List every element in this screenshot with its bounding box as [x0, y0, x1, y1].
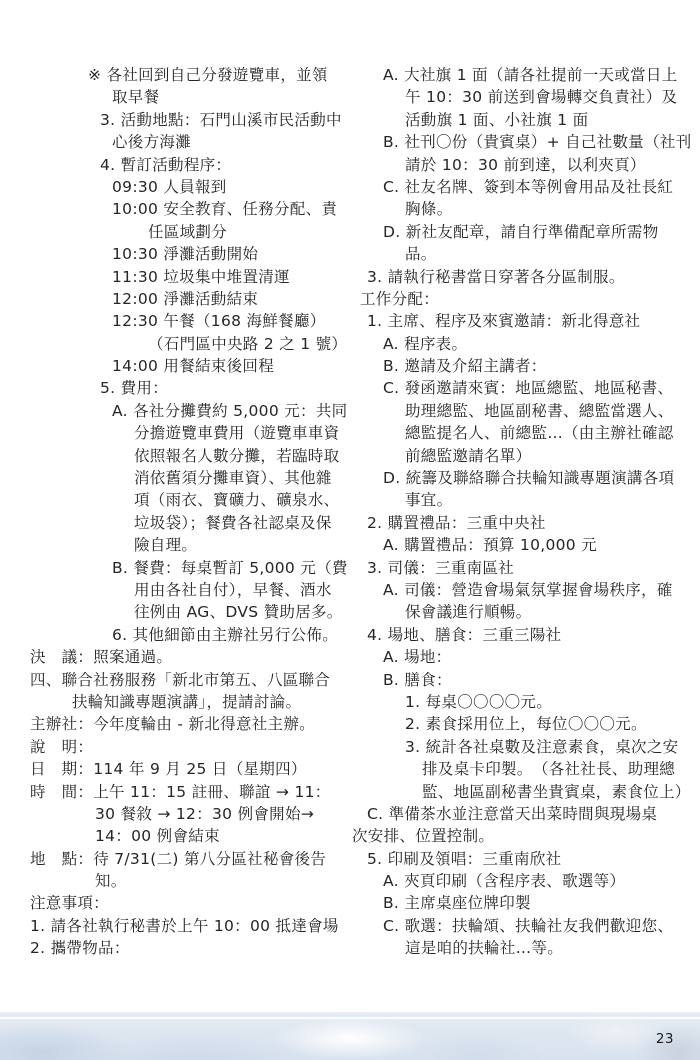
text-line: 次安排、位置控制。 — [352, 825, 682, 847]
text-line: C. 準備茶水並注意當天出菜時間與現場桌 — [367, 803, 682, 825]
text-line: 2. 素食採用位上，每位〇〇〇元。 — [405, 713, 682, 735]
text-line: D. 統籌及聯絡聯合扶輪知識專題演講各項 — [383, 467, 682, 489]
text-line: 14:00 用餐結束後回程 — [112, 355, 352, 377]
text-line: A. 夾頁印刷（含程序表、歌選等） — [383, 870, 682, 892]
text-line: 任區域劃分 — [148, 221, 352, 243]
text-line: A. 各社分攤費約 5,000 元：共同 — [112, 400, 352, 422]
text-line: 垃圾袋）；餐費各社認桌及保 — [134, 512, 352, 534]
text-line: 這是咱的扶輪社…等。 — [405, 937, 682, 959]
text-line: 監、地區副秘書坐貴賓桌，素食位上） — [422, 781, 682, 803]
text-line: 日 期：114 年 9 月 25 日（星期四） — [30, 758, 352, 780]
text-line: 助理總監、地區副秘書、總監當選人、 — [405, 400, 682, 422]
text-line: A. 場地： — [383, 646, 682, 668]
text-line: B. 社刊〇份（貴賓桌）+ 自己社數量（社刊 — [383, 131, 682, 153]
text-line: C. 社友名牌、簽到本等例會用品及社長紅 — [383, 176, 682, 198]
text-line: 項（雨衣、寶礦力、礦泉水、 — [134, 489, 352, 511]
text-line: 往例由 AG、DVS 贊助居多。 — [134, 601, 352, 623]
text-line: B. 主席桌座位牌印製 — [383, 892, 682, 914]
text-line: 胸條。 — [405, 198, 682, 220]
text-line: 依照報名人數分攤，若臨時取 — [134, 445, 352, 467]
text-line: 4. 暫訂活動程序： — [100, 154, 352, 176]
page-number: 23 — [656, 1031, 674, 1047]
text-line: 保會議進行順暢。 — [405, 601, 682, 623]
text-line: 30 餐敘 → 12：30 例會開始→ — [95, 803, 352, 825]
text-line: 扶輪知識專題演講」，提請討論。 — [72, 691, 352, 713]
text-line: 排及桌卡印製。 （各社社長、助理總 — [422, 758, 682, 780]
text-line: 事宜。 — [405, 489, 682, 511]
text-line: 險自理。 — [134, 534, 352, 556]
text-line: 1. 每桌〇〇〇〇元。 — [405, 691, 682, 713]
text-line: 分擔遊覽車費用（遊覽車車資 — [134, 422, 352, 444]
text-line: 3. 統計各社桌數及注意素食，桌次之安 — [405, 736, 682, 758]
text-line: C. 歌選：扶輪頌、扶輪社友我們歡迎您、 — [383, 915, 682, 937]
text-line: A. 大社旗 1 面（請各社提前一天或當日上 — [383, 64, 682, 86]
text-line: 5. 印刷及領唱：三重南欣社 — [367, 848, 682, 870]
text-line: 1. 請各社執行秘書於上午 10：00 抵達會場 — [30, 915, 352, 937]
text-line: 時 間：上午 11：15 註冊、聯誼 → 11： — [30, 781, 352, 803]
text-line: 決 議：照案通過。 — [30, 646, 352, 668]
text-line: 取早餐 — [112, 86, 352, 108]
text-line: 地 點：待 7/31(二) 第八分區社秘會後告 — [30, 848, 352, 870]
text-line: 前總監邀請名單） — [405, 445, 682, 467]
text-line: 四、聯合社務服務「新北市第五、八區聯合 — [30, 669, 352, 691]
text-line: 2. 購置禮品：三重中央社 — [367, 512, 682, 534]
text-line: 3. 司儀：三重南區社 — [367, 557, 682, 579]
text-line: B. 膳食： — [383, 669, 682, 691]
right-text-column: A. 大社旗 1 面（請各社提前一天或當日上午 10：30 前送到會場轉交負責社… — [352, 64, 682, 960]
text-line: 09:30 人員報到 — [112, 176, 352, 198]
text-line: 知。 — [95, 870, 352, 892]
text-line: 主辦社：今年度輪由 - 新北得意社主辦。 — [30, 713, 352, 735]
text-line: 3. 活動地點：石門山溪市民活動中 — [100, 109, 352, 131]
text-line: 12:00 淨灘活動結束 — [112, 288, 352, 310]
text-line: A. 程序表。 — [383, 333, 682, 355]
text-line: 注意事項： — [30, 892, 352, 914]
text-line: 消依舊須分攤車資）、其他雜 — [134, 467, 352, 489]
text-line: A. 司儀：營造會場氣氛掌握會場秩序，確 — [383, 579, 682, 601]
text-line: 10:30 淨灘活動開始 — [112, 243, 352, 265]
text-line: 5. 費用： — [100, 377, 352, 399]
text-line: 14：00 例會結束 — [95, 825, 352, 847]
text-line: 說 明： — [30, 736, 352, 758]
document-page: ※ 各社回到自己分發遊覽車，並領取早餐3. 活動地點：石門山溪市民活動中心後方海… — [0, 0, 700, 1060]
text-line: 6. 其他細節由主辦社另行公佈。 — [112, 624, 352, 646]
text-line: 工作分配： — [360, 288, 682, 310]
text-line: C. 發函邀請來賓：地區總監、地區秘書、 — [383, 377, 682, 399]
text-line: 活動旗 1 面、小社旗 1 面 — [405, 109, 682, 131]
text-line: 10:00 安全教育、任務分配、責 — [112, 198, 352, 220]
text-line: B. 邀請及介紹主講者： — [383, 355, 682, 377]
text-line: 請於 10：30 前到達，以利夾頁） — [405, 154, 682, 176]
text-line: （石門區中央路 2 之 1 號） — [148, 333, 352, 355]
text-line: 3. 請執行秘書當日穿著各分區制服。 — [367, 266, 682, 288]
text-line: 1. 主席、程序及來賓邀請：新北得意社 — [367, 310, 682, 332]
text-line: 用由各社自付），早餐、酒水 — [134, 579, 352, 601]
text-line: 11:30 垃圾集中堆置清運 — [112, 266, 352, 288]
footer-divider-line — [0, 1017, 700, 1019]
text-line: 午 10：30 前送到會場轉交負責社）及 — [405, 86, 682, 108]
text-line: 4. 場地、膳食：三重三陽社 — [367, 624, 682, 646]
text-line: D. 新社友配章，請自行準備配章所需物 — [383, 221, 682, 243]
text-line: 心後方海灘 — [112, 131, 352, 153]
left-text-column: ※ 各社回到自己分發遊覽車，並領取早餐3. 活動地點：石門山溪市民活動中心後方海… — [30, 64, 352, 960]
text-line: 總監提名人、前總監…（由主辦社確認 — [405, 422, 682, 444]
text-line: 品。 — [405, 243, 682, 265]
text-line: 12:30 午餐（168 海鮮餐廳） — [112, 310, 352, 332]
text-line: B. 餐費：每桌暫訂 5,000 元（費 — [112, 557, 352, 579]
footer-watercolor-band — [0, 1012, 700, 1060]
text-line: A. 購置禮品：預算 10,000 元 — [383, 534, 682, 556]
text-line: 2. 攜帶物品： — [30, 937, 352, 959]
text-line: ※ 各社回到自己分發遊覽車，並領 — [88, 64, 352, 86]
